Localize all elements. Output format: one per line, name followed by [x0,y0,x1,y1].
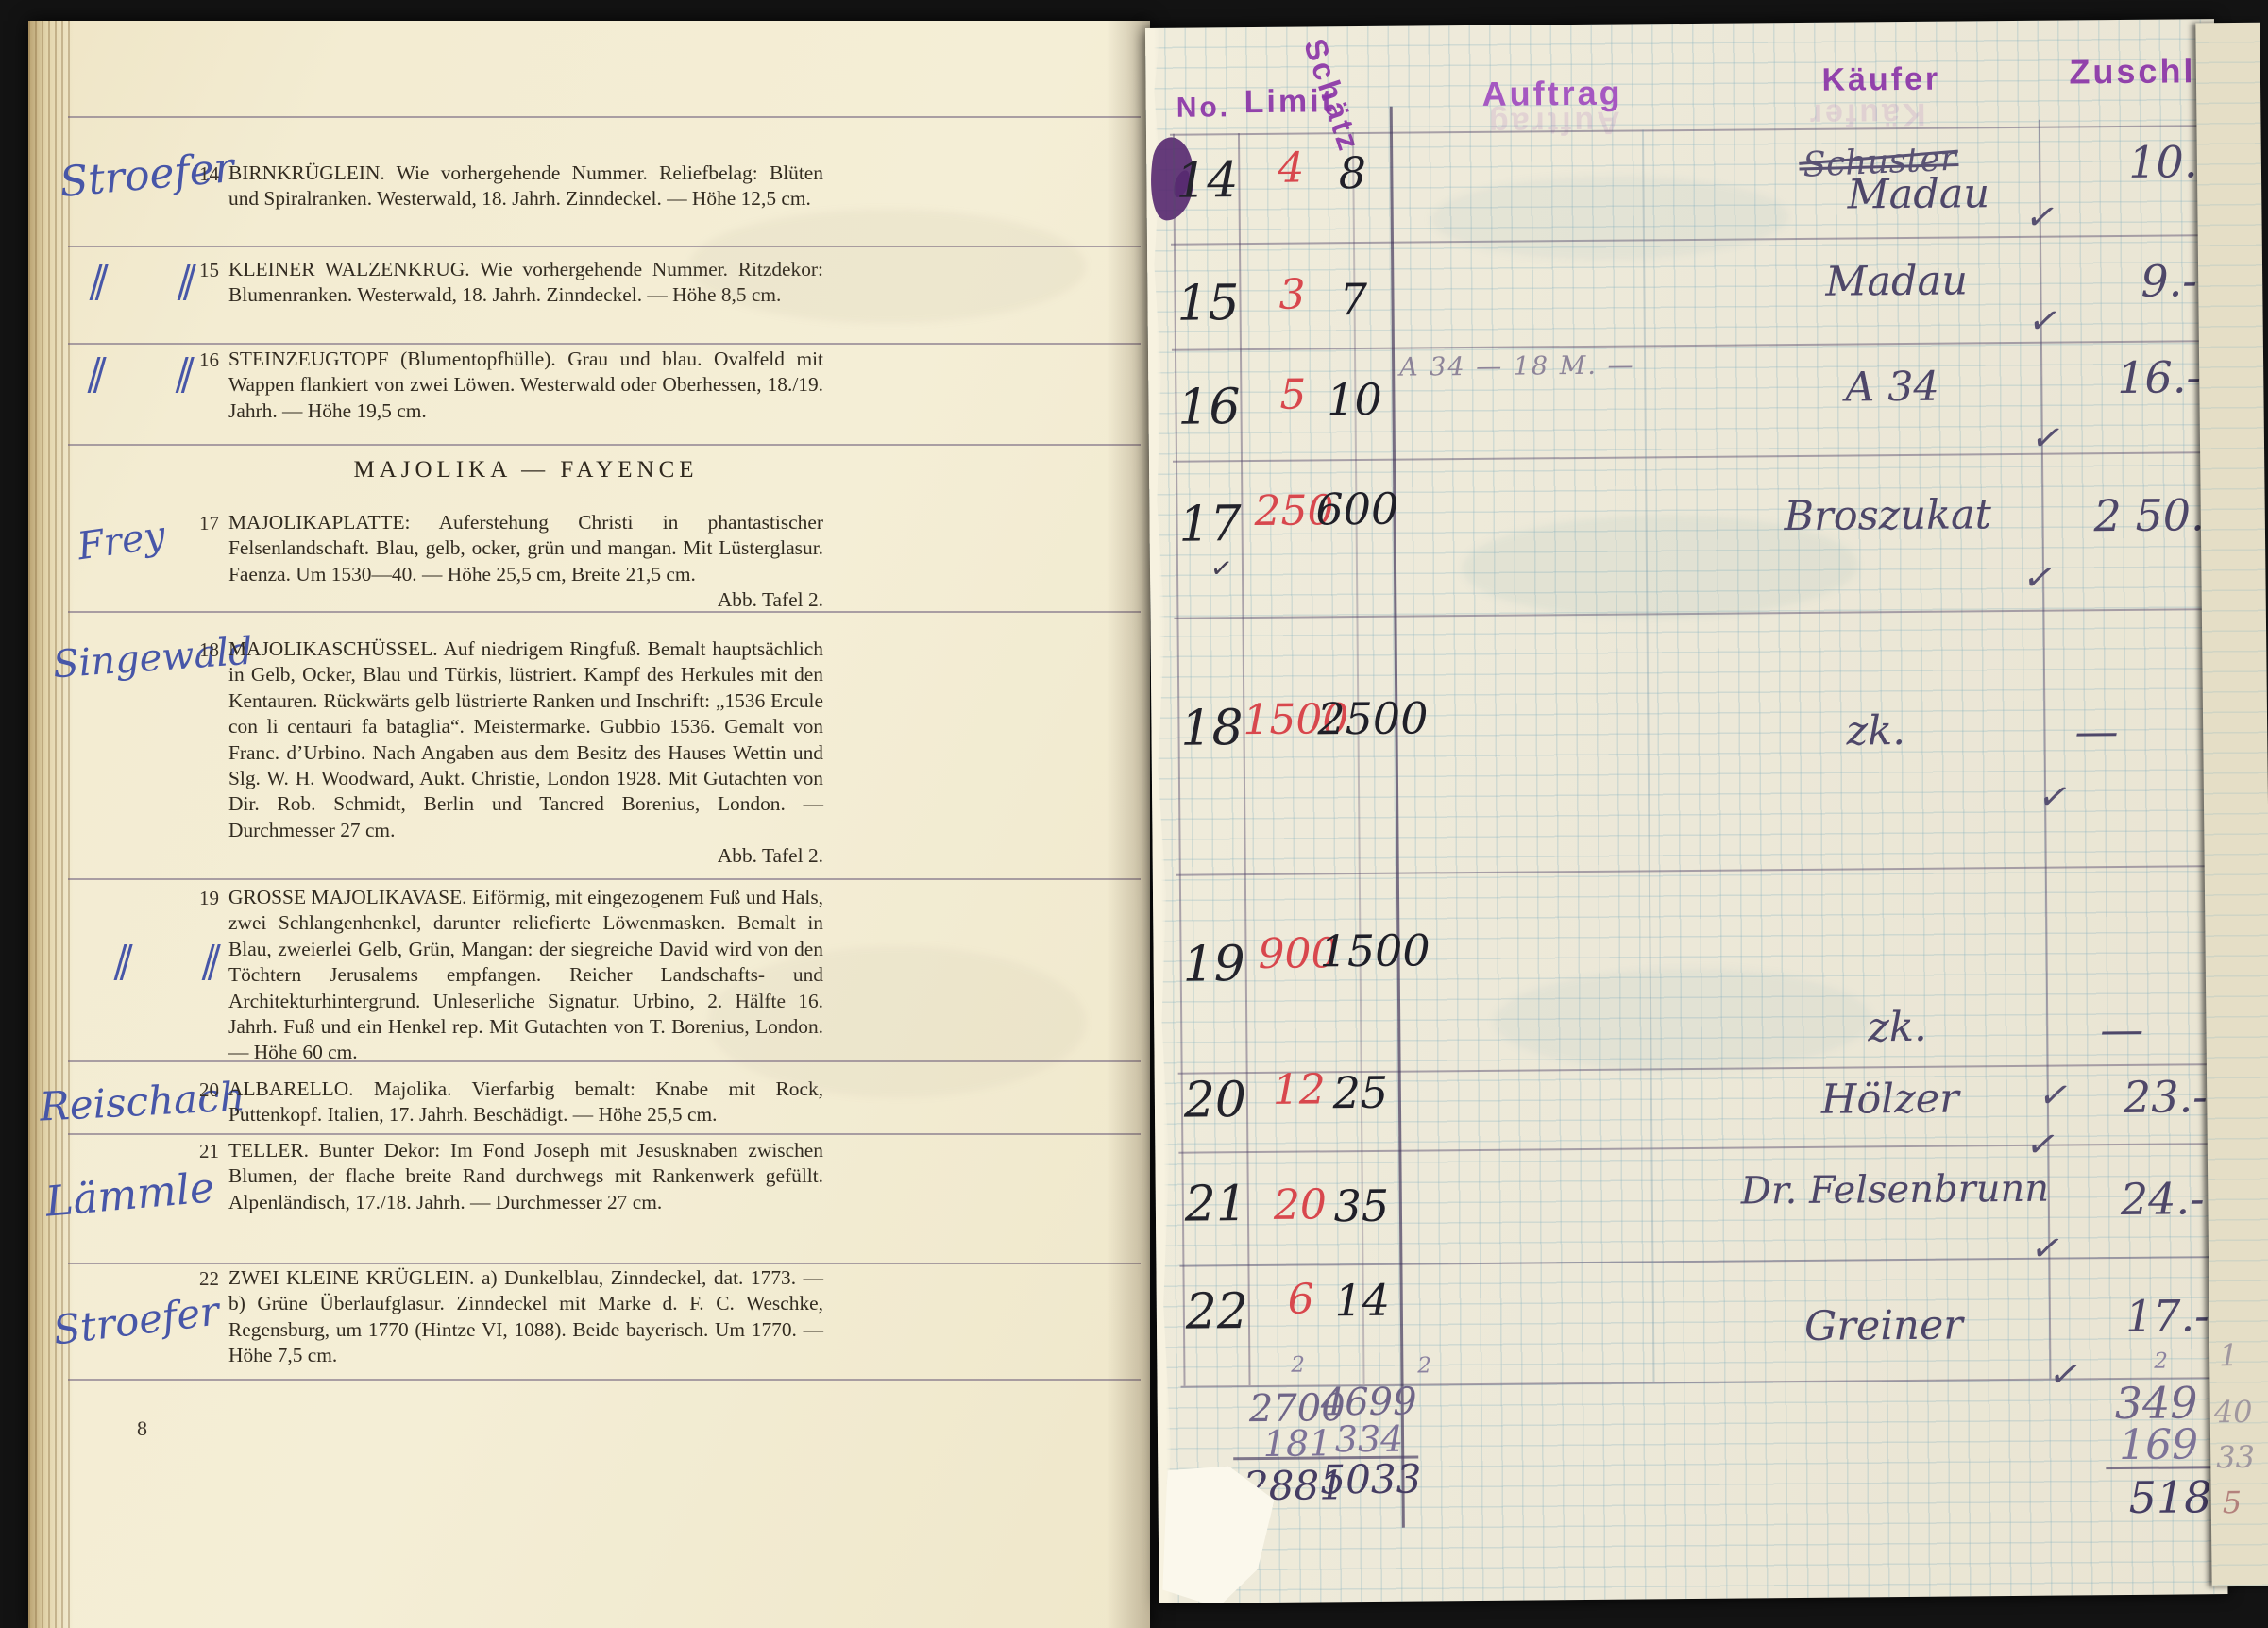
row-schaetz: 35 [1322,1180,1401,1232]
show-through-smudge [1494,966,1872,1073]
row-no: 21 [1182,1176,1251,1233]
row-separator-line [1178,1143,2223,1154]
buyer-name: Dr. Felsenbrunn [1741,1167,2050,1213]
row-schaetz: 7 [1313,274,1393,326]
buyer-name: Greiner [1804,1301,1963,1349]
row-schaetz: 14 [1323,1275,1402,1327]
plate-reference: Abb. Tafel 2. [228,843,823,869]
edge-fragment: 40 [2214,1394,2253,1430]
lot-description: STEINZEUGTOPF (Blumentopfhülle). Grau un… [228,347,823,424]
check-mark: ✓ [2027,1227,2067,1270]
lot-number: 18 [181,638,219,662]
row-separator-line [1173,451,2217,463]
row-separator-line [1179,1256,2224,1267]
row-no: 16 [1175,379,1244,436]
edge-fragment: 1 [2219,1337,2239,1373]
edge-fragment: 5 [2223,1484,2243,1520]
buyer-name: Madau [1847,170,1989,218]
row-no: 20 [1181,1072,1250,1129]
section-heading: MAJOLIKA — FAYENCE [228,457,823,483]
lot-number: 20 [181,1078,219,1102]
check-mark: ✓ [2035,774,2074,818]
catalog-entry-14: 14 BIRNKRÜGLEIN. Wie vorhergehende Numme… [181,161,833,212]
buyer-name: Hölzer [1821,1076,1959,1124]
rule-line [68,1379,1141,1381]
show-through-smudge [1462,513,1859,620]
ledger-page: No. Limit Schätz Auftrag Käufer Zuschlag… [1145,19,2228,1603]
check-mark: ✓ [1209,551,1235,585]
lot-description: ALBARELLO. Majolika. Vierfarbig bemalt: … [228,1077,823,1128]
buyer-name: zk. [1868,1004,1927,1052]
check-mark: ✓ [2025,299,2065,343]
catalog-entry-18: 18 MAJOLIKASCHÜSSEL. Auf niedrigem Ringf… [181,636,833,870]
column-header-kaeufer: Käufer [1821,61,1940,99]
row-zuschlag: 17.- [2125,1290,2209,1342]
book-binding-edge [28,21,74,1628]
gutter-shadow [1107,21,1150,1628]
lot-number: 17 [181,512,219,535]
row-schaetz: 10 [1314,374,1394,426]
plate-reference: Abb. Tafel 2. [228,587,823,613]
page-number: 8 [137,1416,147,1441]
lot-description: TELLER. Bunter Dekor: Im Fond Joseph mit… [228,1138,823,1215]
zuschlag-grand-total: 518 [2128,1471,2211,1523]
check-mark: ✓ [2023,195,2062,239]
show-through-smudge [1430,174,1789,262]
lot-number: 14 [181,162,219,186]
check-mark: ✓ [2036,1074,2075,1117]
rule-line [68,343,1141,345]
catalog-entry-22: 22 ZWEI KLEINE KRÜGLEIN. a) Dunkelblau, … [181,1265,833,1369]
row-schaetz: 600 [1315,483,1395,535]
catalog-entry-16: 16 STEINZEUGTOPF (Blumentopfhülle). Grau… [181,347,833,424]
row-no: 14 [1173,152,1242,210]
show-through-smudge [708,946,1086,1097]
zuschlag-page-sum: 169 [2119,1420,2198,1469]
rule-line [68,878,1141,880]
schaetz-page-sum: 334 [1320,1418,1418,1461]
lot-description: MAJOLIKASCHÜSSEL. Auf niedrigem Ringfuß.… [228,636,823,843]
check-mark: ✓ [2045,1352,2085,1396]
row-zuschlag: 23.- [2124,1071,2208,1123]
lot-number: 16 [181,348,219,372]
row-no: 22 [1183,1283,1252,1341]
catalog-entry-17: 17 MAJOLIKAPLATTE: Auferstehung Christi … [181,510,833,614]
row-zuschlag: 16.- [2117,351,2201,403]
row-schaetz: 1500 [1319,925,1398,977]
buyer-name: zk. [1846,707,1905,755]
row-zuschlag: 24.- [2121,1173,2205,1225]
lot-description: MAJOLIKAPLATTE: Auferstehung Christi in … [228,510,823,587]
lot-number: 22 [181,1267,219,1291]
margin-annotation: Frey [75,514,168,569]
rule-line [68,116,1141,118]
schaetz-grand-total: 5033 [1320,1456,1418,1503]
row-zuschlag: — [2100,1004,2143,1055]
catalog-entry-21: 21 TELLER. Bunter Dekor: Im Fond Joseph … [181,1138,833,1215]
buyer-name: Madau [1825,257,1968,305]
ghost-stamp: Auftrag [1486,104,1620,142]
column-header-no: No. [1176,92,1231,124]
row-separator-line [1176,865,2221,876]
rule-line [68,444,1141,446]
row-no: 15 [1174,275,1243,332]
carry-mark: 2 [1417,1353,1431,1378]
auftrag-note: A 34 — 18 M. — [1399,350,1635,382]
row-no: 19 [1179,936,1248,993]
lot-number: 21 [181,1140,219,1163]
check-mark: ✓ [2023,1123,2062,1166]
row-schaetz: 25 [1321,1067,1400,1119]
row-zuschlag: 9.- [2141,255,2197,307]
carry-mark: 2 [2154,1349,2168,1374]
rule-line [68,1263,1141,1264]
show-through-smudge [689,210,1086,323]
lot-number: 15 [181,259,219,282]
row-separator-line [1172,340,2216,351]
buyer-name: A 34 [1845,364,1939,412]
catalog-page: Stroefer ‖ ‖ ‖ ‖ Frey Singewald ‖ ‖ Reis… [28,21,1150,1628]
lot-description: ZWEI KLEINE KRÜGLEIN. a) Dunkelblau, Zin… [228,1265,823,1369]
column-line [1642,129,1655,1382]
edge-fragment: 33 [2216,1439,2255,1475]
row-schaetz: 2500 [1317,693,1396,745]
lot-number: 19 [181,887,219,910]
catalog-entry-20: 20 ALBARELLO. Majolika. Vierfarbig bemal… [181,1077,833,1128]
row-no: 17 [1176,496,1244,553]
lot-description: BIRNKRÜGLEIN. Wie vorhergehende Nummer. … [228,161,823,212]
rule-line [68,1133,1141,1135]
row-schaetz: 8 [1312,147,1392,199]
row-zuschlag: — [2074,705,2118,756]
carry-mark: 2 [1291,1353,1305,1378]
row-no: 18 [1177,700,1246,757]
check-mark: ✓ [2020,556,2059,600]
